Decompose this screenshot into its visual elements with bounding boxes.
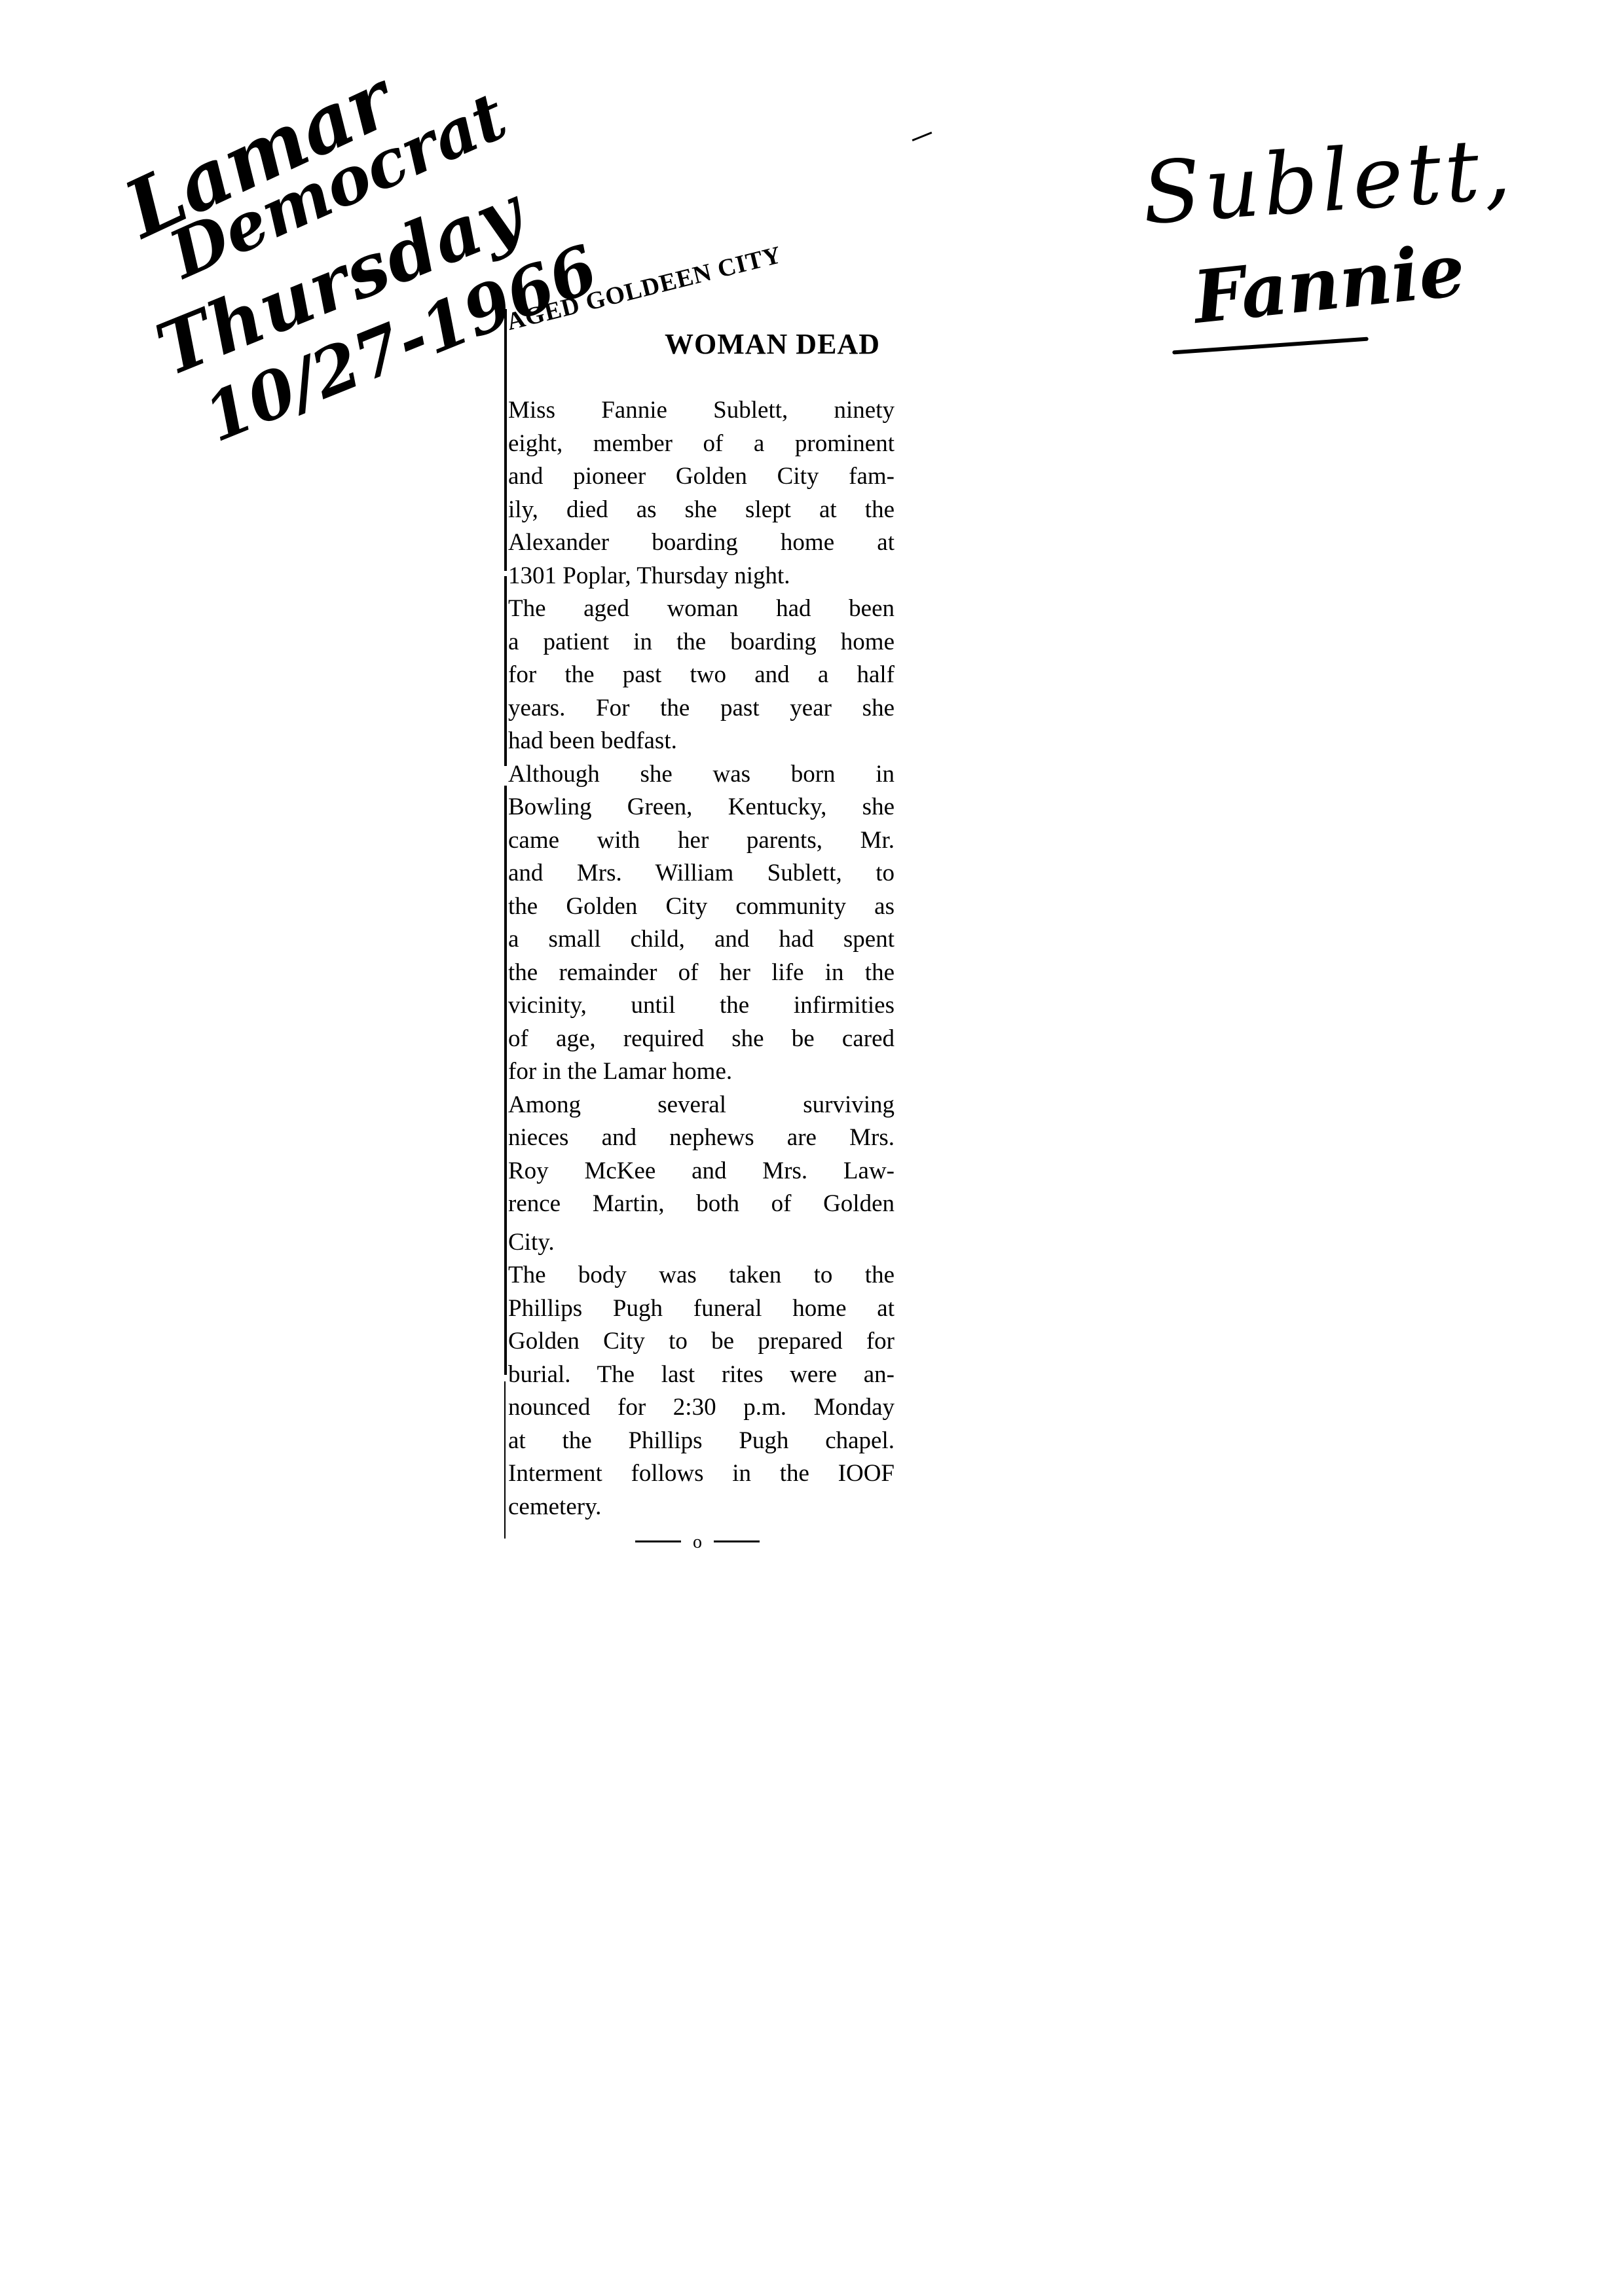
article-line: of age, required she be cared bbox=[508, 1027, 895, 1051]
end-divider: o bbox=[635, 1532, 760, 1545]
article-line: had been bedfast. bbox=[508, 729, 895, 753]
handwritten-underline bbox=[1172, 337, 1369, 355]
article-line: Alexander boarding home at bbox=[508, 530, 895, 555]
article-line: rence Martin, both of Golden bbox=[508, 1192, 895, 1216]
article-line: 1301 Poplar, Thursday night. bbox=[508, 564, 895, 588]
newspaper-clipping: AGED GOLDEEN CITY WOMAN DEAD Miss Fannie… bbox=[498, 301, 904, 1545]
article-line: nounced for 2:30 p.m. Monday bbox=[508, 1395, 895, 1419]
column-rule bbox=[504, 309, 507, 571]
article-line: and pioneer Golden City fam- bbox=[508, 464, 895, 488]
article-line: a small child, and had spent bbox=[508, 927, 895, 951]
article-line: Golden City to be prepared for bbox=[508, 1329, 895, 1353]
article-line: Although she was born in bbox=[508, 762, 895, 786]
article-line: for in the Lamar home. bbox=[508, 1059, 895, 1084]
column-rule bbox=[504, 576, 507, 766]
article-line: The body was taken to the bbox=[508, 1263, 895, 1287]
article-line: and Mrs. William Sublett, to bbox=[508, 861, 895, 885]
article-line: ily, died as she slept at the bbox=[508, 498, 895, 522]
column-rule bbox=[504, 1381, 506, 1539]
scanned-page: Lamar Democrat Thursday 10/27-1966 Suble… bbox=[0, 0, 1624, 2296]
article-line: The aged woman had been bbox=[508, 596, 895, 621]
article-line: for the past two and a half bbox=[508, 663, 895, 687]
article-line: the Golden City community as bbox=[508, 894, 895, 919]
stray-pen-mark bbox=[912, 132, 932, 141]
handwritten-surname: Sublett, bbox=[1139, 118, 1517, 244]
column-rule bbox=[504, 786, 507, 1375]
article-line: City. bbox=[508, 1230, 895, 1254]
article-line: the remainder of her life in the bbox=[508, 960, 895, 985]
article-line: Among several surviving bbox=[508, 1093, 895, 1117]
article-line: Bowling Green, Kentucky, she bbox=[508, 795, 895, 819]
article-line: Roy McKee and Mrs. Law- bbox=[508, 1159, 895, 1183]
article-line: cemetery. bbox=[508, 1495, 895, 1519]
article-line: Interment follows in the IOOF bbox=[508, 1461, 895, 1485]
article-line: vicinity, until the infirmities bbox=[508, 993, 895, 1017]
handwritten-given-name: Fannie bbox=[1190, 227, 1469, 340]
article-line: Phillips Pugh funeral home at bbox=[508, 1296, 895, 1321]
article-line: burial. The last rites were an- bbox=[508, 1362, 895, 1387]
headline-line-2: WOMAN DEAD bbox=[665, 327, 880, 361]
article-line: at the Phillips Pugh chapel. bbox=[508, 1429, 895, 1453]
article-line: nieces and nephews are Mrs. bbox=[508, 1125, 895, 1150]
article-line: eight, member of a prominent bbox=[508, 431, 895, 456]
article-line: a patient in the boarding home bbox=[508, 630, 895, 654]
article-line: came with her parents, Mr. bbox=[508, 828, 895, 852]
article-line: Miss Fannie Sublett, ninety bbox=[508, 398, 895, 422]
article-line: years. For the past year she bbox=[508, 696, 895, 720]
